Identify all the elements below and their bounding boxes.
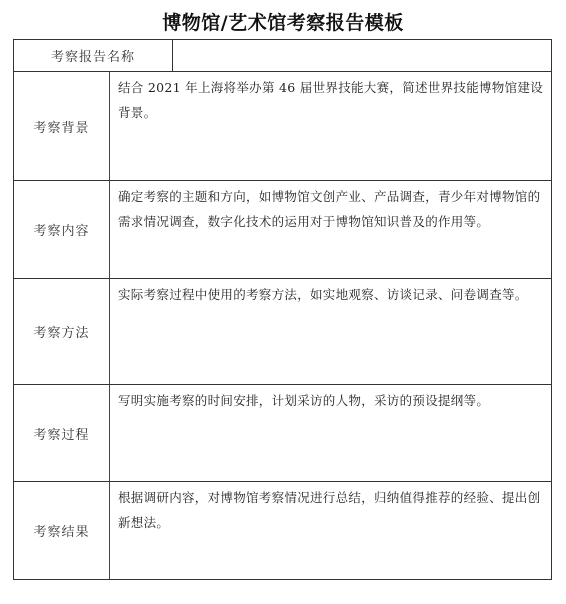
- row-label-method: 考察方法: [14, 279, 110, 384]
- row-method: 考察方法 实际考察过程中使用的考察方法，如实地观察、访谈记录、问卷调查等。: [14, 279, 551, 385]
- row-label-content: 考察内容: [14, 181, 110, 278]
- row-label-background: 考察背景: [14, 72, 110, 180]
- report-name-row: 考察报告名称: [14, 40, 551, 72]
- row-content-process[interactable]: 写明实施考察的时间安排，计划采访的人物，采访的预设提纲等。: [110, 385, 551, 481]
- row-content-background[interactable]: 结合 2021 年上海将举办第 46 届世界技能大赛，简述世界技能博物馆建设背景…: [110, 72, 551, 180]
- row-result: 考察结果 根据调研内容，对博物馆考察情况进行总结，归纳值得推荐的经验、提出创新想…: [14, 482, 551, 579]
- row-process: 考察过程 写明实施考察的时间安排，计划采访的人物，采访的预设提纲等。: [14, 385, 551, 482]
- report-name-label: 考察报告名称: [14, 40, 173, 71]
- row-label-process: 考察过程: [14, 385, 110, 481]
- report-table: 考察报告名称 考察背景 结合 2021 年上海将举办第 46 届世界技能大赛，简…: [13, 39, 552, 580]
- row-content-topic: 考察内容 确定考察的主题和方向，如博物馆文创产业、产品调查，青少年对博物馆的需求…: [14, 181, 551, 279]
- row-content-content[interactable]: 确定考察的主题和方向，如博物馆文创产业、产品调查，青少年对博物馆的需求情况调查，…: [110, 181, 551, 278]
- row-background: 考察背景 结合 2021 年上海将举办第 46 届世界技能大赛，简述世界技能博物…: [14, 72, 551, 181]
- row-content-method[interactable]: 实际考察过程中使用的考察方法，如实地观察、访谈记录、问卷调查等。: [110, 279, 551, 384]
- row-content-result[interactable]: 根据调研内容，对博物馆考察情况进行总结，归纳值得推荐的经验、提出创新想法。: [110, 482, 551, 579]
- row-label-result: 考察结果: [14, 482, 110, 579]
- report-name-field[interactable]: [173, 40, 551, 71]
- document-title: 博物馆/艺术馆考察报告模板: [0, 8, 566, 35]
